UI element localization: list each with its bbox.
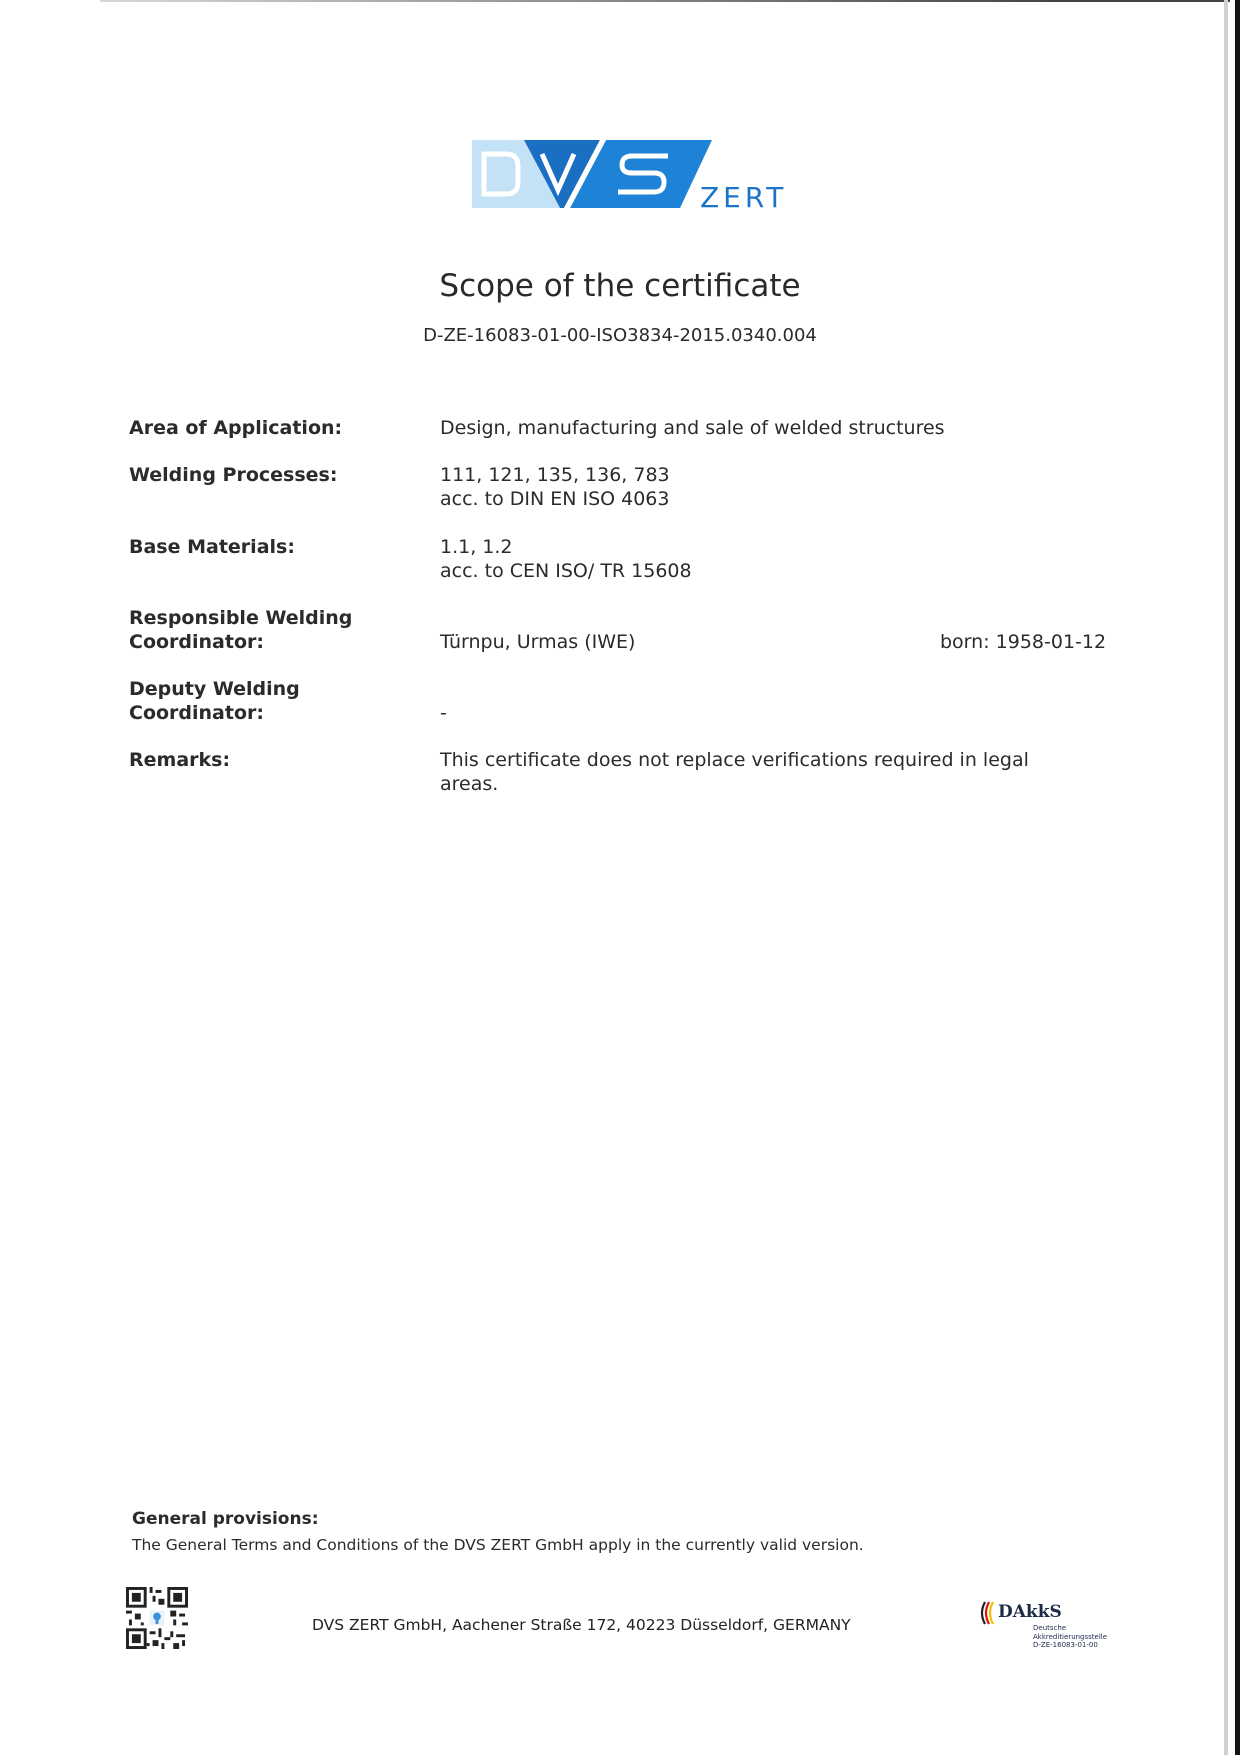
dakks-name: DAkkS (998, 1602, 1062, 1622)
page-right-edge (1235, 0, 1240, 1755)
area-of-application-label: Area of Application: (129, 416, 342, 440)
dakks-accreditation-mark: DAkkS Deutsche Akkreditierungsstelle D-Z… (978, 1600, 1118, 1656)
area-of-application-value: Design, manufacturing and sale of welded… (440, 416, 945, 440)
dakks-line-1: Deutsche (1033, 1624, 1107, 1633)
remarks-value-line1: This certificate does not replace verifi… (440, 748, 1029, 772)
base-materials-label: Base Materials: (129, 535, 295, 559)
general-provisions-title: General provisions: (132, 1509, 319, 1529)
responsible-coordinator-label-line2: Coordinator: (129, 630, 264, 654)
deputy-coordinator-label-line1: Deputy Welding (129, 677, 300, 701)
deputy-coordinator-label-line2: Coordinator: (129, 701, 264, 725)
page-top-edge (100, 0, 1230, 2)
dakks-flag-arcs-icon (978, 1600, 998, 1626)
responsible-coordinator-born: born: 1958-01-12 (940, 630, 1106, 654)
dakks-details: Deutsche Akkreditierungsstelle D-ZE-1608… (1033, 1624, 1107, 1650)
general-provisions-text: The General Terms and Conditions of the … (132, 1536, 864, 1554)
logo-zert-text: ZERT (700, 181, 787, 212)
base-materials-standard: acc. to CEN ISO/ TR 15608 (440, 559, 692, 583)
dakks-line-3: D-ZE-16083-01-00 (1033, 1641, 1107, 1650)
welding-processes-label: Welding Processes: (129, 463, 337, 487)
remarks-label: Remarks: (129, 748, 230, 772)
page-right-edge-shadow (1224, 0, 1228, 1755)
company-address: DVS ZERT GmbH, Aachener Straße 172, 4022… (312, 1616, 851, 1634)
remarks-value-line2: areas. (440, 772, 498, 796)
welding-processes-standard: acc. to DIN EN ISO 4063 (440, 487, 669, 511)
welding-processes-value: 111, 121, 135, 136, 783 (440, 463, 670, 487)
page-title: Scope of the certificate (0, 268, 1240, 304)
dvs-zert-logo: ZERT (472, 140, 792, 212)
deputy-coordinator-value: - (440, 701, 447, 725)
qr-code-icon (126, 1587, 188, 1649)
responsible-coordinator-name: Türnpu, Urmas (IWE) (440, 630, 635, 654)
base-materials-value: 1.1, 1.2 (440, 535, 513, 559)
responsible-coordinator-label-line1: Responsible Welding (129, 606, 352, 630)
certificate-number: D-ZE-16083-01-00-ISO3834-2015.0340.004 (0, 325, 1240, 346)
dakks-line-2: Akkreditierungsstelle (1033, 1633, 1107, 1642)
